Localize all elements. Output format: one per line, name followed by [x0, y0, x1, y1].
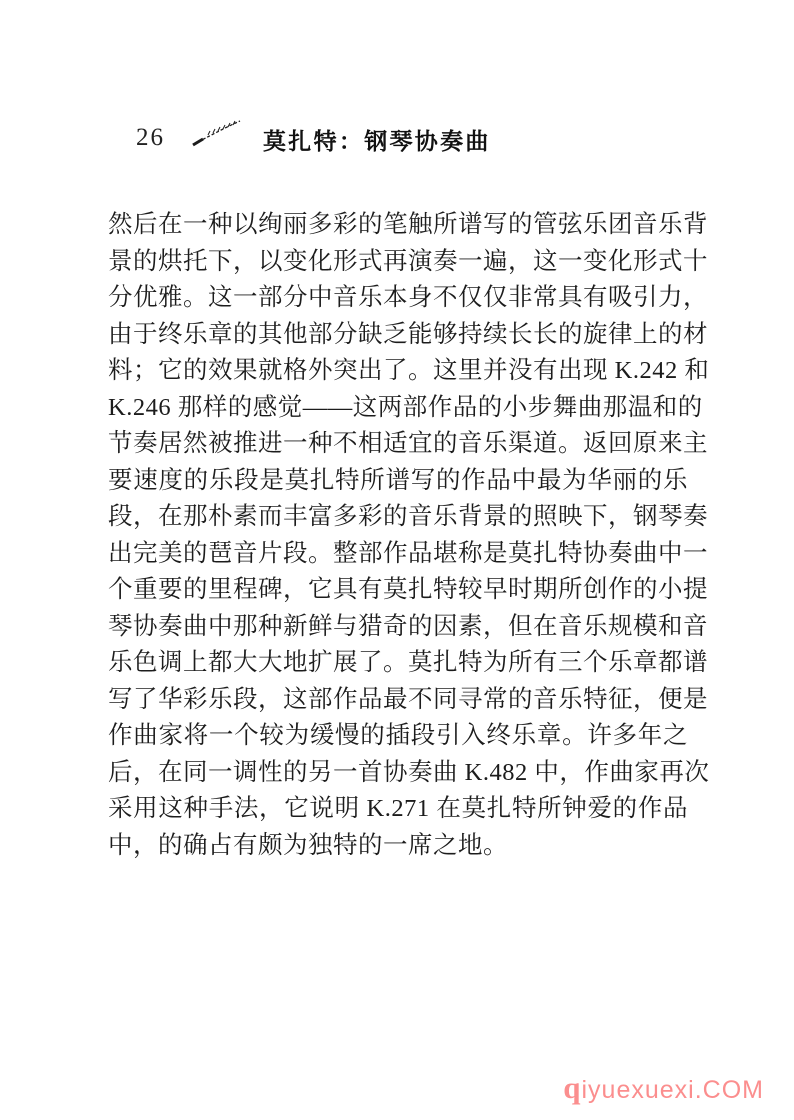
watermark-rest: iyuexuexi.COM: [582, 1076, 765, 1104]
text-line: 乐色调上都大大地扩展了。莫扎特为所有三个乐章都谱: [108, 645, 688, 682]
text-line: 采用这种手法，它说明 K.271 在莫扎特所钟爱的作品: [108, 791, 688, 828]
text-line: 要速度的乐段是莫扎特所谱写的作品中最为华丽的乐: [108, 463, 688, 500]
text-line: 段，在那朴素而丰富多彩的音乐背景的照映下，钢琴奏: [108, 499, 688, 536]
body-text: 然后在一种以绚丽多彩的笔触所谱写的管弦乐团音乐背 景的烘托下，以变化形式再演奏一…: [108, 207, 688, 864]
text-line: 景的烘托下，以变化形式再演奏一遍，这一变化形式十: [108, 244, 688, 281]
text-line: 节奏居然被推进一种不相适宜的音乐渠道。返回原来主: [108, 426, 688, 463]
book-page: 26 莫扎特：钢琴协奏曲 然后在一种以绚丽多彩的笔触所谱写的管弦乐团音乐背 景的…: [0, 0, 794, 1120]
text-line: 写了华彩乐段，这部作品最不同寻常的音乐特征，便是: [108, 682, 688, 719]
text-line: 个重要的里程碑，它具有莫扎特较早时期所创作的小提: [108, 572, 688, 609]
text-line: 分优雅。这一部分中音乐本身不仅仅非常具有吸引力，: [108, 280, 688, 317]
watermark-lead: q: [563, 1070, 581, 1105]
text-line: 然后在一种以绚丽多彩的笔触所谱写的管弦乐团音乐背: [108, 207, 688, 244]
text-line: 后，在同一调性的另一首协奏曲 K.482 中，作曲家再次: [108, 755, 688, 792]
quill-ornament-icon: [190, 116, 246, 150]
text-line: K.246 那样的感觉——这两部作品的小步舞曲那温和的: [108, 390, 688, 427]
watermark: qiyuexuexi.COM: [563, 1070, 764, 1106]
text-line: 作曲家将一个较为缓慢的插段引入终乐章。许多年之: [108, 718, 688, 755]
text-line: 由于终乐章的其他部分缺乏能够持续长长的旋律上的材: [108, 317, 688, 354]
running-title: 莫扎特：钢琴协奏曲: [263, 123, 491, 156]
page-number: 26: [136, 124, 165, 152]
text-line: 出完美的琶音片段。整部作品堪称是莫扎特协奏曲中一: [108, 536, 688, 573]
text-line: 中，的确占有颇为独特的一席之地。: [108, 828, 688, 865]
text-line: 料；它的效果就格外突出了。这里并没有出现 K.242 和: [108, 353, 688, 390]
text-line: 琴协奏曲中那种新鲜与猎奇的因素，但在音乐规模和音: [108, 609, 688, 646]
